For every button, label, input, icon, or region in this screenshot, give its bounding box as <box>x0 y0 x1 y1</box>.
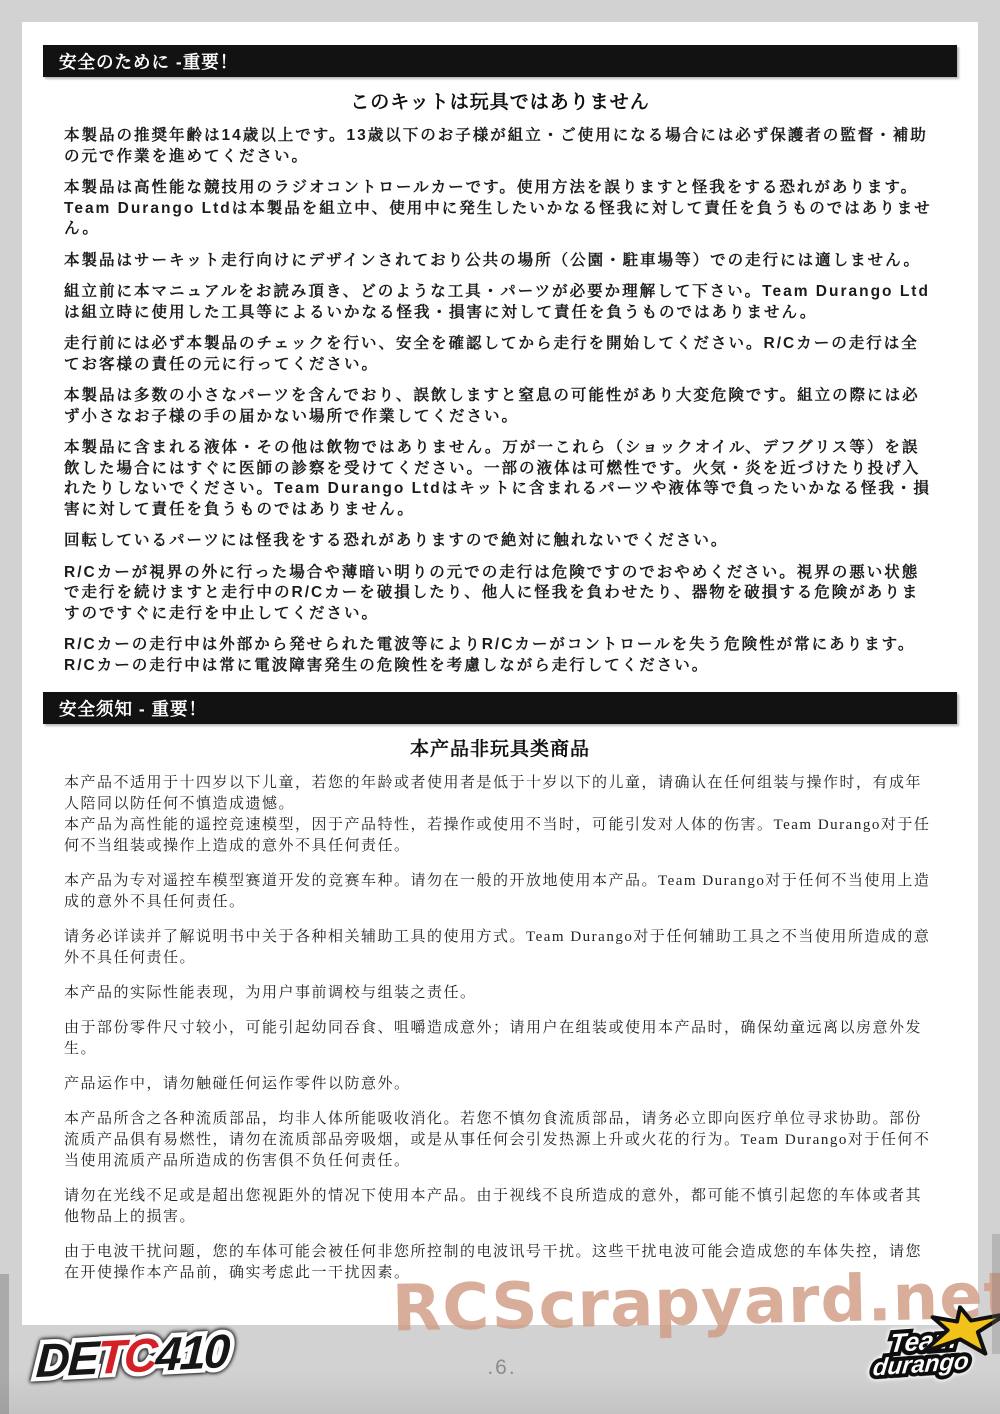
cn-section-body: 本产品不适用于十四岁以下儿童，若您的年龄或者使用者是低于十岁以下的儿童，请确认在… <box>22 773 978 1284</box>
scan-edge-shadow-left <box>0 1274 9 1414</box>
jp-paragraph: 本製品の推奨年齢は14歳以上です。13歳以下のお子様が組立・ご使用になる場合には… <box>64 126 934 167</box>
jp-section-header-bar: 安全のために -重要！ <box>43 45 957 77</box>
cn-paragraph: 由于部份零件尺寸较小，可能引起幼同吞食、咀嚼造成意外；请用户在组装或使用本产品时… <box>64 1018 932 1060</box>
detc410-logo: DETC410 DETC410 <box>35 1327 230 1384</box>
jp-section-title: このキットは玩具ではありません <box>22 87 978 114</box>
jp-paragraph: 本製品はサーキット走行向けにデザインされており公共の場所（公園・駐車場等）での走… <box>64 251 934 272</box>
team-durango-logo: Teamdurango Teamdurango <box>846 1325 1000 1405</box>
cn-paragraph: 本产品为高性能的遥控竞速模型，因于产品特性，若操作或使用不当时，可能引发对人体的… <box>64 815 932 857</box>
cn-paragraph: 请勿在光线不足或是超出您视距外的情况下使用本产品。由于视线不良所造成的意外，都可… <box>64 1186 932 1228</box>
jp-paragraph: 本製品は多数の小さなパーツを含んでおり、誤飲しますと窒息の可能性があり大変危険で… <box>64 386 934 427</box>
manual-page: 安全のために -重要！ このキットは玩具ではありません 本製品の推奨年齢は14歳… <box>0 0 1000 1414</box>
cn-section-header-label: 安全须知 - 重要！ <box>59 696 207 721</box>
jp-paragraph: 本製品は高性能な競技用のラジオコントロールカーです。使用方法を誤りますと怪我をす… <box>64 178 934 240</box>
cn-paragraph: 本产品不适用于十四岁以下儿童，若您的年龄或者使用者是低于十岁以下的儿童，请确认在… <box>64 773 932 815</box>
jp-paragraph: 組立前に本マニュアルをお読み頂き、どのような工具・パーツが必要か理解して下さい。… <box>64 282 934 323</box>
document-sheet: 安全のために -重要！ このキットは玩具ではありません 本製品の推奨年齢は14歳… <box>22 22 978 1325</box>
cn-section-title: 本产品非玩具类商品 <box>22 734 978 761</box>
cn-section-header-bar: 安全须知 - 重要！ <box>43 692 957 724</box>
jp-section-header-label: 安全のために -重要！ <box>59 49 238 74</box>
scan-edge-shadow-right <box>992 1234 1000 1354</box>
jp-section-body: 本製品の推奨年齢は14歳以上です。13歳以下のお子様が組立・ご使用になる場合には… <box>22 126 978 676</box>
jp-paragraph: 回転しているパーツには怪我をする恐れがありますので絶対に触れないでください。 <box>64 531 934 552</box>
jp-paragraph: 走行前には必ず本製品のチェックを行い、安全を確認してから走行を開始してください。… <box>64 334 934 375</box>
jp-paragraph: 本製品に含まれる液体・その他は飲物ではありません。万が一これら（ショックオイル、… <box>64 438 934 520</box>
detc410-logo-text: DETC410 <box>35 1324 230 1387</box>
page-number: .6. <box>452 1356 552 1380</box>
cn-paragraph: 本产品所含之各种流质部品，均非人体所能吸收消化。若您不慎勿食流质部品，请务必立即… <box>64 1109 932 1172</box>
jp-paragraph: R/Cカーの走行中は外部から発せられた電波等によりR/Cカーがコントロールを失う… <box>64 635 934 676</box>
cn-paragraph: 本产品为专对遥控车模型赛道开发的竞赛车种。请勿在一般的开放地使用本产品。Team… <box>64 871 932 913</box>
cn-paragraph: 产品运作中，请勿触碰任何运作零件以防意外。 <box>64 1074 932 1095</box>
cn-paragraph: 本产品的实际性能表现，为用户事前调校与组装之责任。 <box>64 983 932 1004</box>
star-icon <box>912 1302 1000 1361</box>
jp-paragraph: R/Cカーが視界の外に行った場合や薄暗い明りの元での走行は危険ですのでおやめくだ… <box>64 563 934 625</box>
cn-paragraph: 请务必详读并了解说明书中关于各种相关辅助工具的使用方式。Team Durango… <box>64 927 932 969</box>
